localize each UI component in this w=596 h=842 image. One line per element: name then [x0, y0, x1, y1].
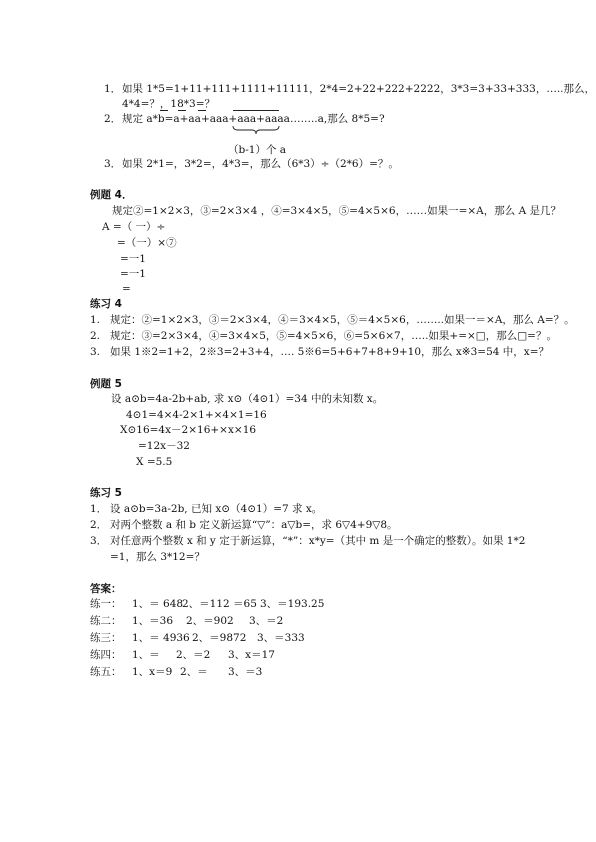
practice5-title: 练习 5 [90, 487, 122, 500]
example4-step: =一1 [120, 253, 146, 266]
answer-row: 练一：1、＝ 6482、＝112 ＝653、＝193.25 [90, 598, 324, 611]
practice4-item: 3.如果 1※2=1+2，2※3=2+3+4，…. 5※6=5+6+7+8+9+… [90, 346, 549, 359]
example5-step: X =5.5 [136, 456, 172, 469]
practice5-item: 2．对两个整数 a 和 b 定义新运算“▽”：a▽b=，求 6▽4+9▽8。 [90, 519, 398, 532]
example5-title: 例题 5 [90, 378, 122, 391]
item-text: 如果 1*5=1+11+111+1111+11111，2*4=2+22+222+… [122, 83, 595, 95]
blank-line [160, 110, 168, 111]
example4-step: =（一）×⑦ [117, 237, 177, 250]
practice5-item: 3．对任意两个整数 x 和 y 定于新运算，“*”：x*y=（其中 m 是一个确… [90, 535, 525, 548]
underbrace-icon [232, 125, 280, 135]
example5-step: =12x－32 [138, 440, 190, 453]
practice4-title: 练习 4 [90, 298, 122, 311]
item-text: 如果 2*1=，3*2=，4*3=，那么（6*3）÷（2*6）=？。 [122, 158, 399, 170]
blank-line [198, 110, 206, 111]
example4-step: = [122, 283, 131, 296]
example5-step: X⊙16=4x－2×16+×x×16 [120, 424, 256, 437]
answer-row: 练五：1、x＝92、＝3、＝3 [90, 666, 262, 679]
item-number: 1． [104, 83, 122, 96]
practice5-item: 1．设 a⊙b=3a-2b, 已知 x⊙（4⊙1）=7 求 x。 [90, 503, 322, 516]
example5-statement: 设 a⊙b=4a-2b+ab, 求 x⊙（4⊙1）=34 中的未知数 x。 [111, 393, 383, 406]
item-text: 规定 a*b=a+aa+aaa+aaa+aaaa……..a,那么 8*5=? [122, 113, 385, 125]
example4-step: =一1 [120, 268, 146, 281]
practice5-item-cont: =1，那么 3*12=？ [110, 551, 205, 564]
example4-statement: 规定②=1×2×3，③=2×3×4 ，④=3×4×5，⑤=4×5×6，……如果一… [112, 205, 561, 218]
answer-row: 练三：1、＝ 49362、＝98723、＝333 [90, 632, 305, 645]
brace-label: （b-1）个 a [228, 144, 286, 157]
answer-row: 练四：1、＝2、＝23、x＝17 [90, 649, 275, 662]
item-number: 2． [104, 113, 122, 126]
example4-title: 例题 4． [90, 189, 132, 202]
answer-row: 练二：1、＝362、＝9023、＝2 [90, 615, 283, 628]
answers-title: 答案： [90, 583, 122, 596]
item-1: 1．如果 1*5=1+11+111+1111+11111，2*4=2+22+22… [104, 83, 595, 96]
example4-step: A =（ 一）÷ [102, 221, 165, 234]
example5-step: 4⊙1=4×4-2×1+×4×1=16 [126, 409, 267, 422]
practice4-item: 2.规定：③=2×3×4，④=3×4×5，⑤=4×5×6，⑥=5×6×7，…..… [90, 330, 557, 343]
item-3: 3．如果 2*1=，3*2=，4*3=，那么（6*3）÷（2*6）=？。 [104, 158, 399, 171]
blank-line [178, 110, 186, 111]
item-number: 3． [104, 158, 122, 171]
blank-line [233, 110, 279, 111]
practice4-item: 1.规定：②=1×2×3，③＝2×3×4，④＝3×4×5，⑤＝4×5×6，…….… [90, 314, 575, 327]
